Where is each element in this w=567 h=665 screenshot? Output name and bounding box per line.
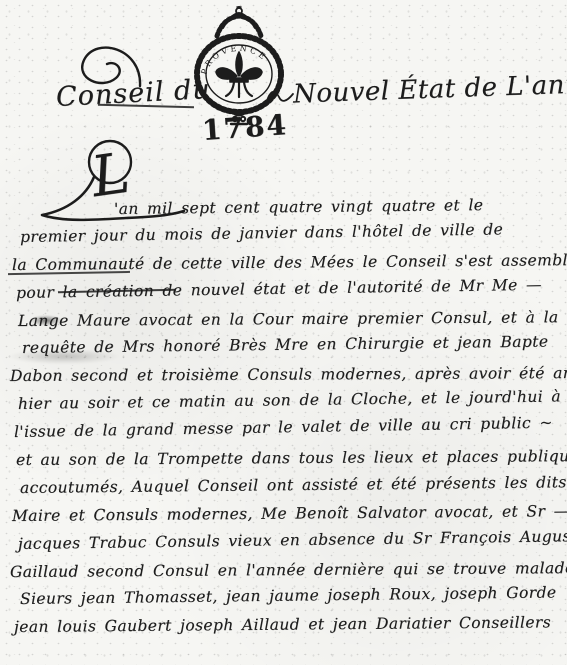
ink-smudge [30, 315, 62, 326]
fleur-de-lis-icon [216, 52, 262, 97]
ink-smudge [8, 349, 120, 364]
year-label: 1784 [201, 108, 289, 147]
manuscript-page: Conseil du PROVENCE [0, 0, 567, 665]
crown-icon [217, 6, 261, 36]
ampersand-squiggle [266, 84, 296, 106]
manuscript-line: premier jour du mois de janvier dans l'h… [20, 215, 562, 251]
manuscript-line: accoutumés, Auquel Conseil ont assisté e… [20, 469, 562, 503]
manuscript-body: 'an mil sept cent quatre vingt quatre et… [10, 196, 562, 642]
header-title-right: Nouvel État de L'année [293, 68, 567, 109]
manuscript-line: jean louis Gaubert joseph Aillaud et jea… [14, 610, 562, 643]
